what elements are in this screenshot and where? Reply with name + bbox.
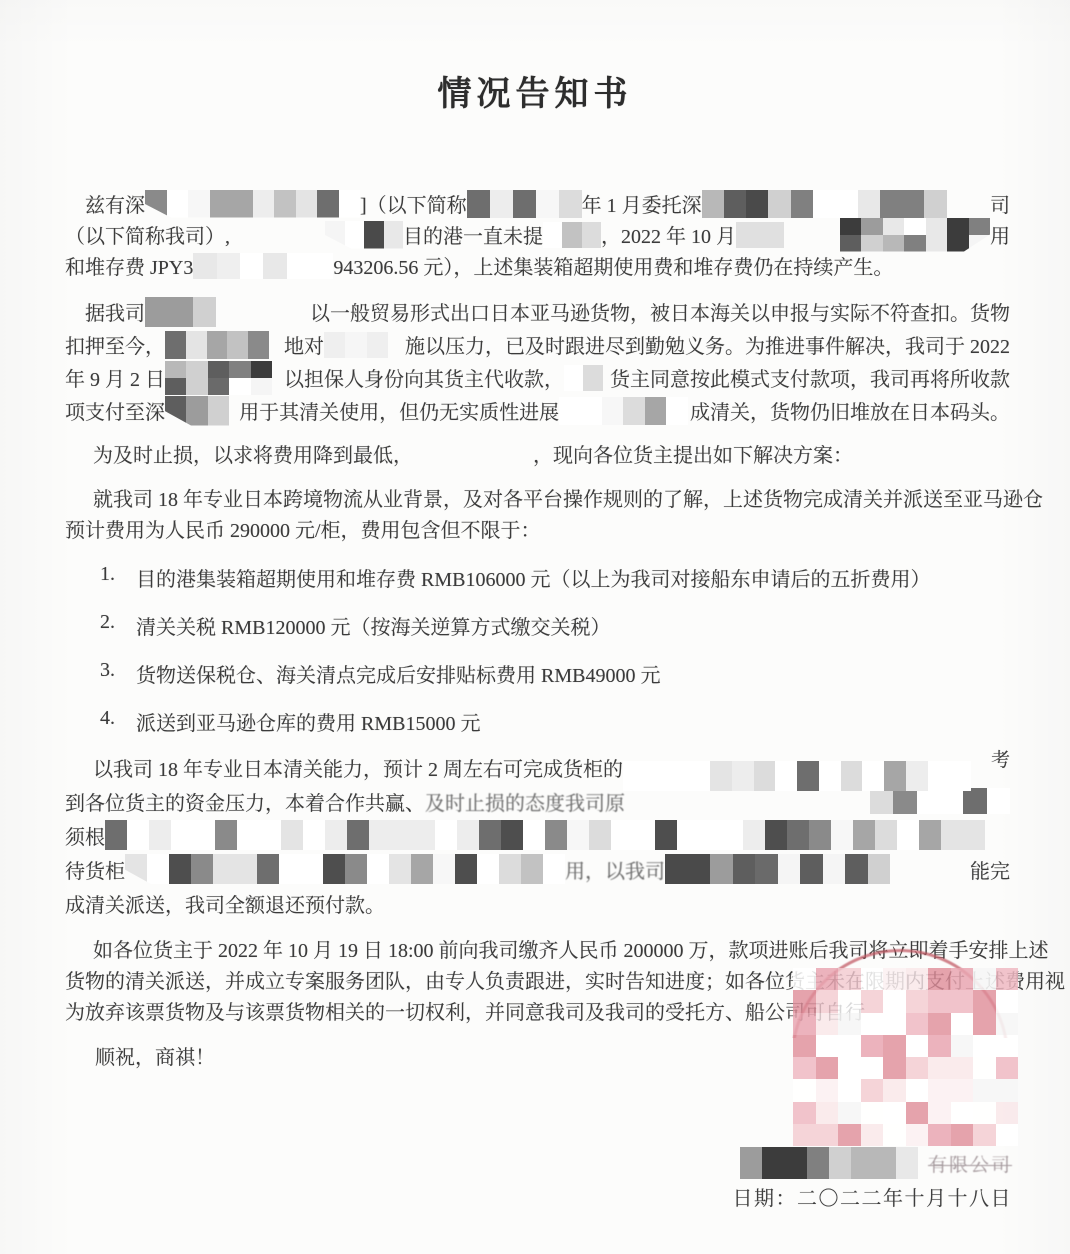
paragraph-line: 据我司 以一般贸易形式出口日本亚马逊货物，被日本海关以申报与实际不符查扣。货物 — [65, 295, 1010, 328]
paragraph-line: 待货柜 用，以我司 能完 — [65, 852, 1010, 886]
date-label: 日期： — [733, 1188, 798, 1210]
redaction-block — [145, 297, 223, 327]
list-item: 4. 派送到亚马逊仓库的费用 RMB15000 元 — [65, 707, 1010, 731]
body-text: 须根 — [65, 821, 105, 850]
redaction-block — [870, 788, 1010, 814]
paragraph-line: 和堆存费 JPY3 943206.56 元），上述集装箱超期使用费和堆存费仍在持… — [65, 250, 1010, 281]
body-text: 以一般贸易形式出口日本亚马逊货物，被日本海关以申报与实际不符查扣。货物 — [310, 297, 1010, 326]
body-text: 成清关派送，我司全额退还预付款。 — [65, 889, 385, 918]
paragraph-line: （以下简称我司）, 目的港一直未提 ，2022 年 10 月 用 — [65, 219, 1010, 250]
date-value: 二〇二二年十月十八日 — [797, 1188, 1012, 1210]
list-text: 货物送保税仓、海关清点完成后安排贴标费用 RMB49000 元 — [136, 659, 660, 688]
body-text: 943206.56 元），上述集装箱超期使用费和堆存费仍在持续产生。 — [333, 251, 893, 280]
redaction-block — [165, 331, 284, 359]
body-text: 年 1 月委托深 — [582, 189, 702, 218]
redaction-block — [165, 396, 239, 426]
list-number: 1. — [65, 563, 136, 586]
list-number: 3. — [65, 659, 136, 682]
paragraph-line: 以我司 18 年专业日本清关能力，预计 2 周左右可完成货柜的 考 — [65, 750, 1010, 784]
body-text: 地对 — [284, 330, 324, 359]
company-name-suffix: 有限公司 — [928, 1150, 1012, 1177]
closing-text: 顺祝，商祺！ — [95, 1041, 215, 1070]
redaction-block — [736, 222, 784, 248]
paragraph-line: 项支付至深 用于其清关使用，但仍无实质性进展 成清关，货物仍旧堆放在日本码头。 — [65, 394, 1010, 427]
redaction-block — [145, 190, 360, 218]
body-text: 以担保人身份向其货主代收款， — [284, 363, 564, 392]
paragraph-3: 为及时止损，以求将费用降到最低， ，现向各位货主提出如下解决方案： — [65, 438, 1010, 469]
redaction-block — [564, 365, 610, 391]
body-text: 用，以我司 — [565, 855, 665, 884]
document-page: 情况告知书 兹有深 ]（以下简称 年 1 月委托深 司 （以下简称我司）, 目的… — [0, 0, 1070, 1254]
body-text: 司 — [990, 189, 1010, 218]
paragraph-line: 兹有深 ]（以下简称 年 1 月委托深 司 — [65, 188, 1010, 219]
list-text: 清关关税 RMB120000 元（按海关逆算方式缴交关税） — [136, 611, 610, 640]
paragraph-line: 为及时止损，以求将费用降到最低， ，现向各位货主提出如下解决方案： — [65, 438, 1010, 469]
body-text: 为及时止损，以求将费用降到最低， — [93, 439, 413, 468]
body-text: 为放弃该票货物及与该票货物相关的一切权利，并同意我司及我司的受托方、船公司可自行 — [65, 996, 865, 1025]
body-text: 施以压力，已及时跟进尽到勤勉义务。为推进事件解决，我司于 2022 — [405, 330, 1010, 359]
body-text: 预计费用为人民币 290000 元/柜，费用包含但不限于： — [65, 514, 541, 543]
body-text: 和堆存费 JPY3 — [65, 251, 193, 280]
paragraph-5: 以我司 18 年专业日本清关能力，预计 2 周左右可完成货柜的 考 到各位货主的… — [65, 750, 1010, 920]
body-text: 成清关，货物仍旧堆放在日本码头。 — [690, 396, 1010, 425]
body-text: 据我司 — [85, 297, 145, 326]
date-line: 日期：二〇二二年十月十八日 — [733, 1182, 1013, 1211]
body-text: 待货柜 — [65, 855, 125, 884]
paragraph-4: 就我司 18 年专业日本跨境物流从业背景，及对各平台操作规则的了解，上述货物完成… — [65, 482, 1010, 544]
paragraph-1: 兹有深 ]（以下简称 年 1 月委托深 司 （以下简称我司）, 目的港一直未提 … — [65, 188, 1010, 281]
list-item: 1. 目的港集装箱超期使用和堆存费 RMB106000 元（以上为我司对接船东申… — [65, 563, 1010, 587]
list-text: 目的港集装箱超期使用和堆存费 RMB106000 元（以上为我司对接船东申请后的… — [136, 563, 930, 592]
redaction-block — [193, 253, 333, 279]
redaction-block — [702, 190, 990, 218]
redaction-block — [125, 854, 565, 884]
redaction-block — [467, 190, 582, 218]
paragraph-line: 预计费用为人民币 290000 元/柜，费用包含但不限于： — [65, 513, 1010, 544]
redaction-block — [165, 361, 284, 395]
list-number: 2. — [65, 611, 136, 634]
paragraph-line: 须根 — [65, 818, 1010, 852]
redaction-block — [105, 820, 1010, 850]
paragraph-line: 成清关派送，我司全额退还预付款。 — [65, 886, 1010, 920]
body-text: ，现向各位货主提出如下解决方案： — [533, 439, 853, 468]
redaction-block — [623, 761, 991, 791]
body-text: 用 — [990, 220, 1010, 249]
fee-list: 1. 目的港集装箱超期使用和堆存费 RMB106000 元（以上为我司对接船东申… — [65, 563, 1010, 755]
redaction-block — [543, 222, 601, 248]
body-text: ，2022 年 10 月 — [601, 220, 736, 249]
redaction-block — [840, 218, 990, 252]
redaction-block — [325, 221, 403, 249]
document-title: 情况告知书 — [0, 66, 1070, 115]
body-text: 以我司 18 年专业日本清关能力，预计 2 周左右可完成货柜的 — [93, 753, 623, 782]
redaction-block — [665, 854, 970, 884]
redaction-block — [740, 1147, 918, 1179]
list-item: 3. 货物送保税仓、海关清点完成后安排贴标费用 RMB49000 元 — [65, 659, 1010, 683]
body-text: 就我司 18 年专业日本跨境物流从业背景，及对各平台操作规则的了解，上述货物完成… — [93, 483, 1043, 512]
paragraph-line: 就我司 18 年专业日本跨境物流从业背景，及对各平台操作规则的了解，上述货物完成… — [65, 482, 1010, 513]
signature-company-line: 有限公司 — [740, 1146, 1020, 1180]
body-text: 项支付至深 — [65, 396, 165, 425]
paragraph-line: 年 9 月 2 日 以担保人身份向其货主代收款， 货主同意按此模式支付款项，我司… — [65, 361, 1010, 394]
body-text: 扣押至今， — [65, 330, 165, 359]
list-item: 2. 清关关税 RMB120000 元（按海关逆算方式缴交关税） — [65, 611, 1010, 635]
body-text: 用于其清关使用，但仍无实质性进展 — [239, 396, 559, 425]
body-text: ]（以下简称 — [360, 189, 467, 218]
body-text: 年 9 月 2 日 — [65, 363, 165, 392]
body-text: 考 — [991, 745, 1010, 772]
body-text: 目的港一直未提 — [403, 220, 543, 249]
paragraph-2: 据我司 以一般贸易形式出口日本亚马逊货物，被日本海关以申报与实际不符查扣。货物 … — [65, 295, 1010, 427]
list-text: 派送到亚马逊仓库的费用 RMB15000 元 — [136, 707, 480, 736]
paragraph-line: 扣押至今， 地对 施以压力，已及时跟进尽到勤勉义务。为推进事件解决，我司于 20… — [65, 328, 1010, 361]
list-number: 4. — [65, 707, 136, 730]
body-text: 能完 — [970, 855, 1010, 884]
body-text: 到各位货主的资金压力，本着合作共赢、 — [65, 787, 425, 816]
body-text: 兹有深 — [85, 189, 145, 218]
body-text: 货主同意按此模式支付款项，我司再将所收款 — [610, 363, 1010, 392]
body-text: （以下简称我司）, — [65, 220, 230, 249]
redaction-mosaic-stamp — [793, 968, 1018, 1146]
redaction-block — [324, 332, 405, 358]
body-text: 及时止损的态度我司原 — [425, 787, 625, 816]
redaction-block — [559, 397, 690, 425]
